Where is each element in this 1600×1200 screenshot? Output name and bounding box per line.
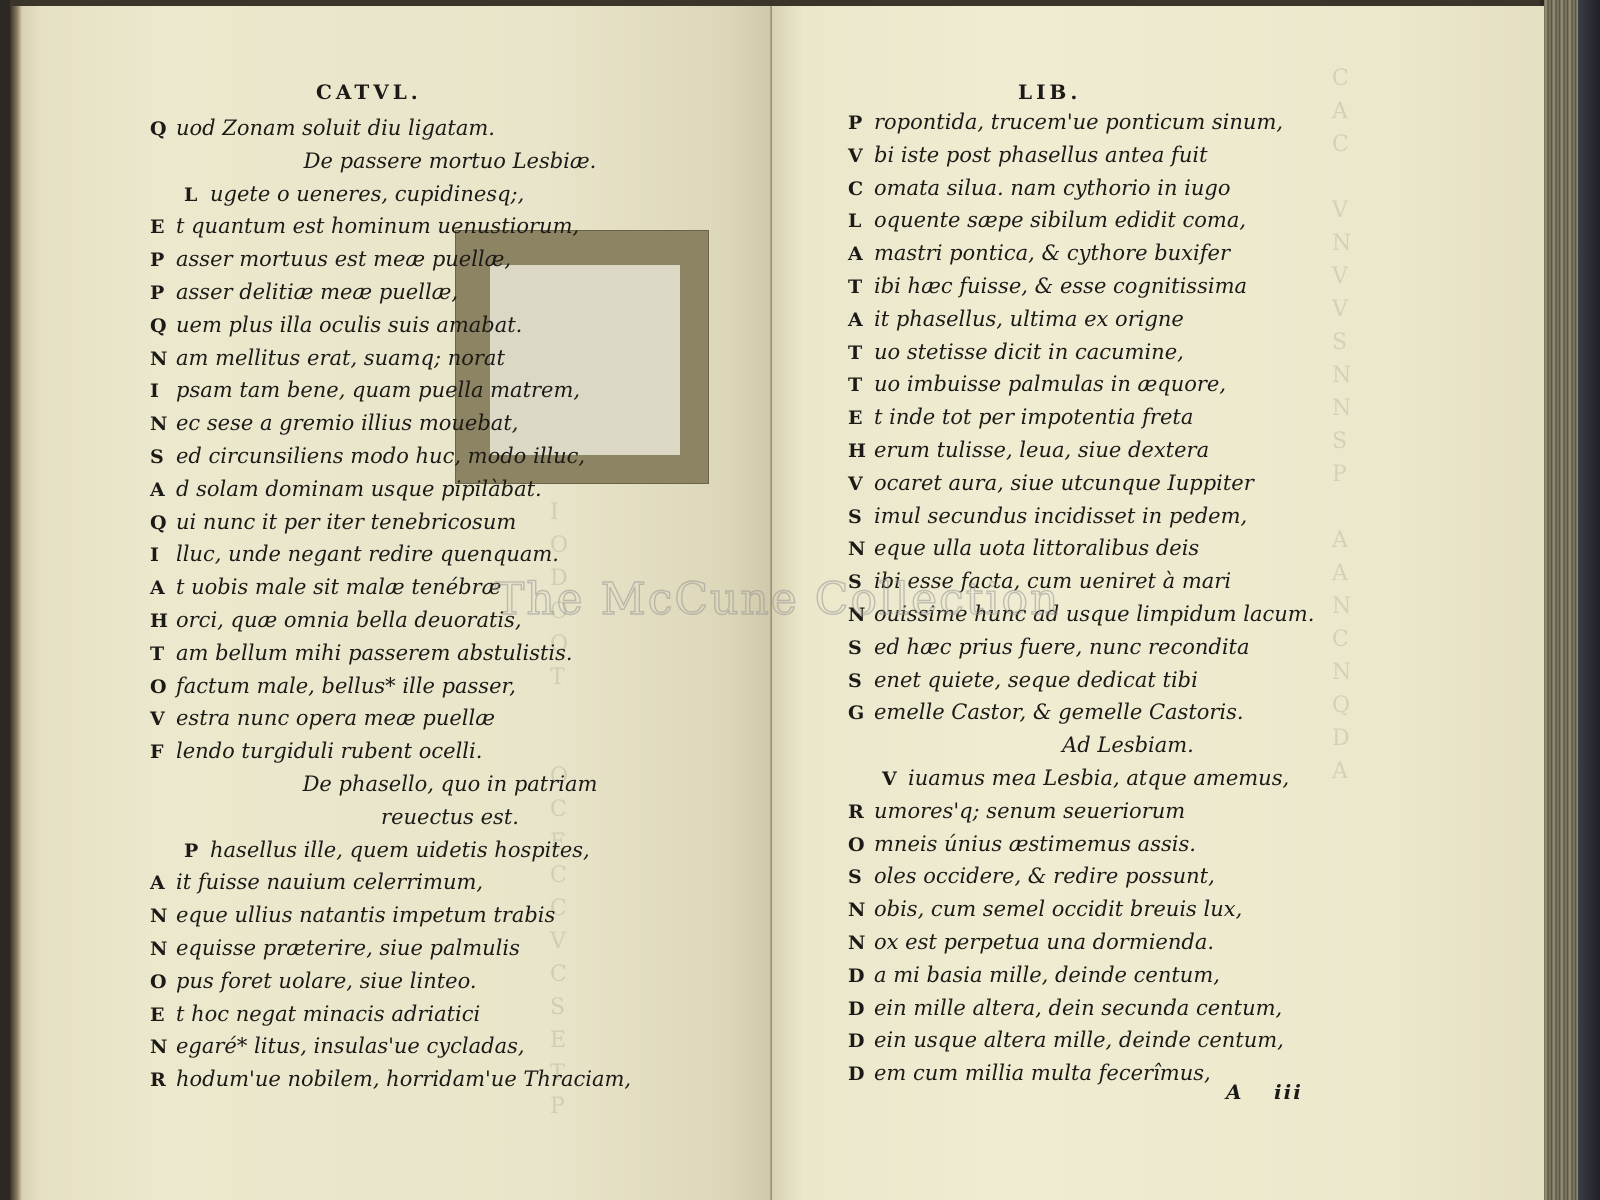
verse-text: asser delitiæ meæ puellæ, (176, 280, 458, 304)
verse-line: Passer delitiæ meæ puellæ, (150, 276, 750, 309)
poem-title: De passere mortuo Lesbiæ. (150, 145, 750, 178)
verse-line: Neque ullius natantis impetum trabis (150, 899, 750, 932)
initial-capital: P (150, 277, 176, 310)
initial-capital: V (848, 468, 874, 501)
verse-line: Et quantum est hominum uenustiorum, (150, 210, 750, 243)
verse-text: d solam dominam usque pipilàbat. (176, 477, 542, 501)
verse-text: iuamus mea Lesbia, atque amemus, (908, 766, 1289, 790)
verse-text: ugete o ueneres, cupidinesq;, (210, 182, 524, 206)
initial-capital: R (848, 796, 874, 829)
initial-capital: L (184, 179, 210, 212)
initial-capital: N (150, 343, 176, 376)
verse-line: Sed hæc prius fuere, nunc recondita (848, 631, 1408, 664)
verse-line: Dein mille altera, dein secunda centum, (848, 992, 1408, 1025)
initial-capital: I (150, 539, 176, 572)
initial-capital: S (848, 861, 874, 894)
initial-capital: T (150, 638, 176, 671)
initial-capital: Q (150, 113, 176, 146)
poem-title-text: De passere mortuo Lesbiæ. (304, 149, 597, 173)
initial-capital: T (848, 337, 874, 370)
verse-line: Et inde tot per impotentia freta (848, 401, 1408, 434)
verse-line: Passer mortuus est meæ puellæ, (150, 243, 750, 276)
initial-capital: A (848, 304, 874, 337)
initial-capital: E (848, 402, 874, 435)
verse-line: Rumores'q; senum seueriorum (848, 795, 1408, 828)
initial-capital: O (848, 829, 874, 862)
verse-text: psam tam bene, quam puella matrem, (176, 378, 580, 402)
folio-number: iii (1274, 1080, 1303, 1104)
verse-text: pus foret uolare, siue linteo. (176, 969, 477, 993)
initial-capital: S (848, 501, 874, 534)
verse-text: enet quiete, seque dedicat tibi (874, 668, 1198, 692)
verse-text: ui nunc it per iter tenebricosum (176, 510, 516, 534)
poem-title-text: Ad Lesbiam. (1062, 733, 1194, 757)
initial-capital: A (150, 572, 176, 605)
verse-text: emelle Castor, & gemelle Castoris. (874, 700, 1244, 724)
running-head-right: LIB. (1018, 80, 1081, 104)
page-edges-and-cover (1544, 0, 1600, 1200)
verse-text: ein mille altera, dein secunda centum, (874, 996, 1282, 1020)
verse-line: Ait fuisse nauium celerrimum, (150, 866, 750, 899)
poem-title: Ad Lesbiam. (848, 729, 1408, 762)
verse-text: ropontida, trucem'ue ponticum sinum, (874, 110, 1283, 134)
verse-line: Phasellus ille, quem uidetis hospites, (150, 834, 750, 867)
verse-line: Omneis únius æstimemus assis. (848, 828, 1408, 861)
poem-title: De phasello, quo in patriam (150, 768, 750, 801)
verse-text: uo imbuisse palmulas in æquore, (874, 372, 1226, 396)
verse-line: Viuamus mea Lesbia, atque amemus, (848, 762, 1408, 795)
initial-capital: D (848, 1058, 874, 1091)
verse-text: lluc, unde negant redire quenquam. (176, 542, 559, 566)
verse-text: t uobis male sit malæ tenébræ (176, 575, 501, 599)
verse-line: Sed circunsiliens modo huc, modo illuc, (150, 440, 750, 473)
verse-text: ibi hæc fuisse, & esse cognitissima (874, 274, 1247, 298)
verse-text: hasellus ille, quem uidetis hospites, (210, 838, 590, 862)
verse-text: eque ulla uota littoralibus deis (874, 536, 1199, 560)
verse-line: Tuo imbuisse palmulas in æquore, (848, 368, 1408, 401)
initial-capital: A (150, 474, 176, 507)
initial-capital: V (150, 703, 176, 736)
verse-text: em cum millia multa fecerîmus, (874, 1061, 1211, 1085)
verse-text: bi iste post phasellus antea fuit (874, 143, 1208, 167)
initial-capital: P (848, 107, 874, 140)
initial-capital: N (848, 894, 874, 927)
verse-text: ed circunsiliens modo huc, modo illuc, (176, 444, 585, 468)
initial-capital: P (184, 835, 210, 868)
verse-line: Nox est perpetua una dormienda. (848, 926, 1408, 959)
initial-capital: A (848, 238, 874, 271)
initial-capital: N (150, 408, 176, 441)
initial-capital: S (848, 632, 874, 665)
verse-line: Tuo stetisse dicit in cacumine, (848, 336, 1408, 369)
initial-capital: L (848, 205, 874, 238)
initial-capital: T (848, 369, 874, 402)
verse-line: Tibi hæc fuisse, & esse cognitissima (848, 270, 1408, 303)
initial-capital: I (150, 375, 176, 408)
initial-capital: N (150, 1031, 176, 1064)
initial-capital: F (150, 736, 176, 769)
initial-capital: A (150, 867, 176, 900)
verse-line: Nam mellitus erat, suamq; norat (150, 342, 750, 375)
verse-text: ein usque altera mille, deinde centum, (874, 1028, 1284, 1052)
verse-line: Vestra nunc opera meæ puellæ (150, 702, 750, 735)
verse-line: Et hoc negat minacis adriatici (150, 998, 750, 1031)
verse-line: Quem plus illa oculis suis amabat. (150, 309, 750, 342)
verse-text: t hoc negat minacis adriatici (176, 1002, 480, 1026)
verse-line: Nec sese a gremio illius mouebat, (150, 407, 750, 440)
initial-capital: T (848, 271, 874, 304)
initial-capital: E (150, 999, 176, 1032)
initial-capital: H (150, 605, 176, 638)
verse-line: Loquente sæpe sibilum edidit coma, (848, 204, 1408, 237)
verse-line: Neque ulla uota littoralibus deis (848, 532, 1408, 565)
verse-text: mneis únius æstimemus assis. (874, 832, 1196, 856)
verse-text: uem plus illa oculis suis amabat. (176, 313, 522, 337)
initial-capital: D (848, 1025, 874, 1058)
verse-line: Senet quiete, seque dedicat tibi (848, 664, 1408, 697)
initial-capital: P (150, 244, 176, 277)
initial-capital: O (150, 671, 176, 704)
verse-text: am mellitus erat, suamq; norat (176, 346, 505, 370)
running-head-left: CATVL. (316, 80, 422, 104)
verse-line: Ipsam tam bene, quam puella matrem, (150, 374, 750, 407)
verse-text: omata silua. nam cythorio in iugo (874, 176, 1231, 200)
verse-line: Vbi iste post phasellus antea fuit (848, 139, 1408, 172)
verse-text: oles occidere, & redire possunt, (874, 864, 1215, 888)
initial-capital: D (848, 960, 874, 993)
verse-text: it fuisse nauium celerrimum, (176, 870, 483, 894)
verse-text: erum tulisse, leua, siue dextera (874, 438, 1209, 462)
verse-line: Ofactum male, bellus* ille passer, (150, 670, 750, 703)
verse-line: Vocaret aura, siue utcunque Iuppiter (848, 467, 1408, 500)
verse-text: eque ullius natantis impetum trabis (176, 903, 555, 927)
verse-line: Simul secundus incidisset in pedem, (848, 500, 1408, 533)
initial-capital: D (848, 993, 874, 1026)
initial-capital: O (150, 966, 176, 999)
initial-capital: H (848, 435, 874, 468)
initial-capital: S (848, 665, 874, 698)
verse-text: obis, cum semel occidit breuis lux, (874, 897, 1242, 921)
verse-line: Qui nunc it per iter tenebricosum (150, 506, 750, 539)
book-spread: I O D O O T O C E C C V C S E T P CATVL.… (0, 0, 1600, 1200)
verse-text: mastri pontica, & cythore buxifer (874, 241, 1230, 265)
verse-line: Soles occidere, & redire possunt, (848, 860, 1408, 893)
verse-line: Tam bellum mihi passerem abstulistis. (150, 637, 750, 670)
verse-text: egaré* litus, insulas'ue cycladas, (176, 1034, 525, 1058)
initial-capital: Q (150, 507, 176, 540)
watermark: The McCune Collection (495, 574, 1060, 625)
verse-text: ed hæc prius fuere, nunc recondita (874, 635, 1250, 659)
verse-line: Comata silua. nam cythorio in iugo (848, 172, 1408, 205)
initial-capital: V (848, 140, 874, 173)
initial-capital: S (150, 441, 176, 474)
verse-line: Dem cum millia multa fecerîmus, (848, 1057, 1408, 1090)
verse-text: equisse præterire, siue palmulis (176, 936, 520, 960)
verse-line: Quod Zonam soluit diu ligatam. (150, 112, 750, 145)
verse-line: Da mi basia mille, deinde centum, (848, 959, 1408, 992)
initial-capital: N (150, 900, 176, 933)
verse-text: t quantum est hominum uenustiorum, (176, 214, 579, 238)
verse-line: Gemelle Castor, & gemelle Castoris. (848, 696, 1408, 729)
verse-line: Flendo turgiduli rubent ocelli. (150, 735, 750, 768)
verse-text: uo stetisse dicit in cacumine, (874, 340, 1184, 364)
initial-capital: V (882, 763, 908, 796)
verse-line: Lugete o ueneres, cupidinesq;, (150, 178, 750, 211)
verse-text: ox est perpetua una dormienda. (874, 930, 1214, 954)
verse-line: Negaré* litus, insulas'ue cycladas, (150, 1030, 750, 1063)
verse-text: t inde tot per impotentia freta (874, 405, 1193, 429)
verse-line: Dein usque altera mille, deinde centum, (848, 1024, 1408, 1057)
initial-capital: N (848, 927, 874, 960)
verse-text: umores'q; senum seueriorum (874, 799, 1185, 823)
verse-text: lendo turgiduli rubent ocelli. (176, 739, 482, 763)
initial-capital: G (848, 697, 874, 730)
verse-text: hodum'ue nobilem, horridam'ue Thraciam, (176, 1067, 631, 1091)
verse-text: uod Zonam soluit diu ligatam. (176, 116, 495, 140)
poem-title-text: reuectus est. (381, 805, 519, 829)
poem-title: reuectus est. (150, 801, 750, 834)
verse-text: oquente sæpe sibilum edidit coma, (874, 208, 1246, 232)
verse-line: Illuc, unde negant redire quenquam. (150, 538, 750, 571)
verse-line: Opus foret uolare, siue linteo. (150, 965, 750, 998)
verse-text: asser mortuus est meæ puellæ, (176, 247, 511, 271)
verse-line: Propontida, trucem'ue ponticum sinum, (848, 106, 1408, 139)
verse-line: Amastri pontica, & cythore buxifer (848, 237, 1408, 270)
initial-capital: N (150, 933, 176, 966)
verse-line: Ad solam dominam usque pipilàbat. (150, 473, 750, 506)
verse-line: Ait phasellus, ultima ex origne (848, 303, 1408, 336)
verse-text: it phasellus, ultima ex origne (874, 307, 1184, 331)
verse-line: Nequisse præterire, siue palmulis (150, 932, 750, 965)
initial-capital: C (848, 173, 874, 206)
initial-capital: E (150, 211, 176, 244)
verse-text: estra nunc opera meæ puellæ (176, 706, 495, 730)
initial-capital: N (848, 533, 874, 566)
verse-text: orci, quæ omnia bella deuoratis, (176, 608, 522, 632)
verse-line: Nobis, cum semel occidit breuis lux, (848, 893, 1408, 926)
signature-mark: A (1226, 1080, 1244, 1104)
verse-text: ec sese a gremio illius mouebat, (176, 411, 518, 435)
verse-text: imul secundus incidisset in pedem, (874, 504, 1247, 528)
verse-text: factum male, bellus* ille passer, (176, 674, 516, 698)
initial-capital: R (150, 1064, 176, 1097)
poem-title-text: De phasello, quo in patriam (303, 772, 598, 796)
initial-capital: Q (150, 310, 176, 343)
verse-line: Rhodum'ue nobilem, horridam'ue Thraciam, (150, 1063, 750, 1096)
verse-text: am bellum mihi passerem abstulistis. (176, 641, 573, 665)
verse-text: a mi basia mille, deinde centum, (874, 963, 1220, 987)
verse-text: ocaret aura, siue utcunque Iuppiter (874, 471, 1254, 495)
verse-line: Herum tulisse, leua, siue dextera (848, 434, 1408, 467)
